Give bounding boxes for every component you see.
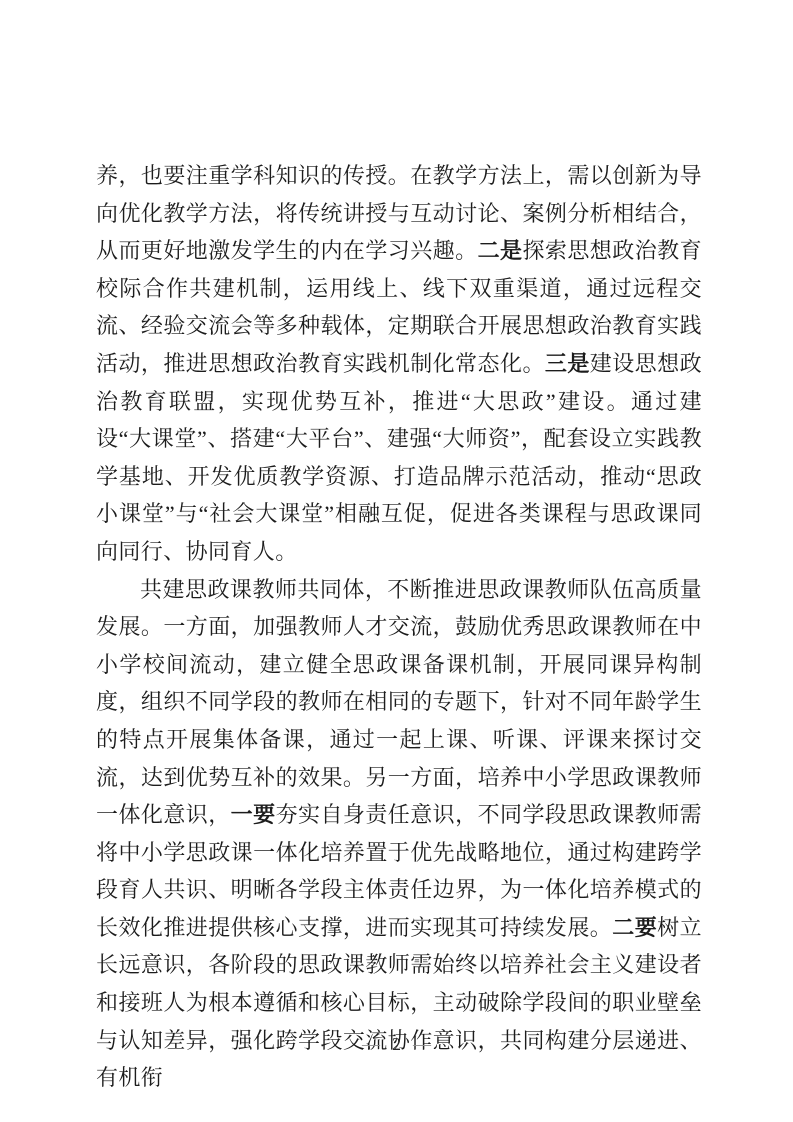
paragraph: 共建思政课教师共同体，不断推进思政课教师队伍高质量发展。一方面，加强教师人才交流… — [96, 571, 702, 1097]
paragraph: 养，也要注重学科知识的传授。在教学方法上，需以创新为导向优化教学方法，将传统讲授… — [96, 157, 702, 571]
bold-text-run: 二要 — [612, 915, 657, 940]
footer-dash-left: — — [362, 1034, 380, 1054]
page-footer: —2— — [0, 1032, 793, 1056]
page-number: 2 — [392, 1032, 401, 1056]
bold-text-run: 一要 — [231, 802, 276, 827]
text-run: 共建思政课教师共同体，不断推进思政课教师队伍高质量发展。一方面，加强教师人才交流… — [96, 577, 702, 828]
document-page: 养，也要注重学科知识的传授。在教学方法上，需以创新为导向优化教学方法，将传统讲授… — [0, 0, 793, 1122]
footer-dash-right: — — [413, 1034, 431, 1054]
bold-text-run: 二是 — [478, 238, 523, 263]
text-run: 树立长远意识，各阶段的思政课教师需始终以培养社会主义建设者和接班人为根本遵循和核… — [96, 915, 702, 1090]
text-run: 建设思想政治教育联盟，实现优势互补，推进“大思政”建设。通过建设“大课堂”、搭建… — [96, 351, 702, 564]
document-body: 养，也要注重学科知识的传授。在教学方法上，需以创新为导向优化教学方法，将传统讲授… — [96, 157, 702, 1097]
bold-text-run: 三是 — [545, 351, 590, 376]
